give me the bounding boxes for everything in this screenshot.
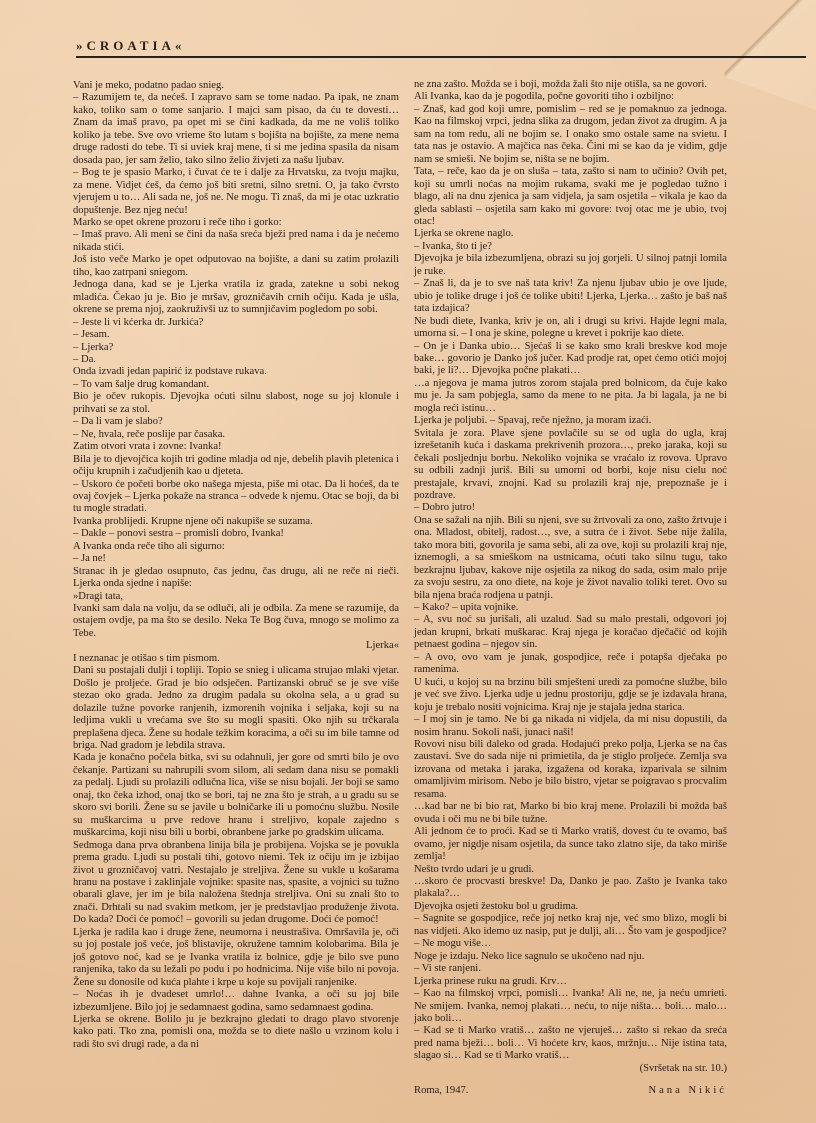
paragraph: …kad bar ne bi bio rat, Marko bi bio kra… xyxy=(414,801,727,826)
paragraph: Ona se sažali na njih. Bili su njeni, sv… xyxy=(414,515,727,602)
paragraph: Bila je to djevojčica kojih tri godine m… xyxy=(73,454,399,479)
paragraph: Ivanka problijedi. Krupne njene oči naku… xyxy=(73,516,399,528)
paragraph: – Da. xyxy=(73,354,399,366)
paragraph: I neznanac je otišao s tim pismom. xyxy=(73,653,399,665)
paragraph: Rovovi nisu bili daleko od grada. Hodaju… xyxy=(414,739,727,801)
paragraph: Ali Ivanka, kao da je pogodila, počne go… xyxy=(414,91,727,103)
place-date: Roma, 1947. xyxy=(414,1085,468,1097)
paragraph: …skoro će procvasti breskve! Da, Danko j… xyxy=(414,876,727,901)
paragraph: Bio je očev rukopis. Djevojka oćuti siln… xyxy=(73,391,399,416)
author-name: Nana Nikić xyxy=(648,1085,727,1097)
paragraph: Sedmoga dana prva obranbena linija bila … xyxy=(73,840,399,927)
paragraph: – Vi ste ranjeni. xyxy=(414,963,727,975)
left-column: Vani je meko, podatno padao snieg.– Razu… xyxy=(73,80,399,1051)
paragraph: – Ja ne! xyxy=(73,553,399,565)
continuation-note: (Svršetak na str. 10.) xyxy=(414,1063,727,1075)
paragraph: U kući, u kojoj su na brzinu bili smješt… xyxy=(414,677,727,714)
paragraph: – I moj sin je tamo. Ne bi ga nikada ni … xyxy=(414,714,727,739)
paragraph: – Kao na filmskoj vrpci, pomisli… Ivanka… xyxy=(414,988,727,1025)
paragraph: Ljerka prinese ruku na grudi. Krv… xyxy=(414,976,727,988)
paragraph: – Da li vam je slabo? xyxy=(73,416,399,428)
paragraph: Svitala je zora. Plave sjene povlačile s… xyxy=(414,428,727,503)
paragraph: Još isto veče Marko je opet odputovao na… xyxy=(73,254,399,279)
paragraph: Stranac ih je gledao osupnuto, čas jednu… xyxy=(73,566,399,591)
byline-row: Roma, 1947. Nana Nikić xyxy=(414,1085,727,1097)
left-paragraphs-after: I neznanac je otišao s tim pismom.Dani s… xyxy=(73,653,399,1052)
paragraph: – Sagnite se gospodjice, reče joj netko … xyxy=(414,913,727,938)
paragraph: – A, svu noć su jurišali, ali uzalud. Sa… xyxy=(414,614,727,651)
paragraph: – Noćas ih je dvadeset umrlo!… dahne Iva… xyxy=(73,989,399,1014)
header-rule xyxy=(76,56,806,58)
paragraph: Ne budi diete, Ivanka, kriv je on, ali i… xyxy=(414,316,727,341)
paragraph: Tata, – reče, kao da je on sluša – tata,… xyxy=(414,166,727,228)
paragraph: Onda izvadi jedan papirić iz podstave ru… xyxy=(73,366,399,378)
paragraph: – Dobro jutro! xyxy=(414,502,727,514)
letter-signature: Ljerka« xyxy=(73,640,399,652)
paragraph: Marko se opet okrene prozoru i reče tiho… xyxy=(73,217,399,229)
paragraph: – Ljerka? xyxy=(73,342,399,354)
paragraph: – Ne, hvala, reče poslije par časaka. xyxy=(73,429,399,441)
paragraph: – Znaš, kad god koji umre, pomislim – re… xyxy=(414,104,727,166)
paragraph: – Jesam. xyxy=(73,329,399,341)
paragraph: – Ne mogu više… xyxy=(414,938,727,950)
paragraph: Ivanki sam dala na volju, da se odluči, … xyxy=(73,603,399,640)
paragraph: Noge je izdaju. Neko lice sagnulo se uko… xyxy=(414,951,727,963)
paragraph: Ljerka se okrene. Bolilo ju je bezkrajno… xyxy=(73,1014,399,1051)
paragraph: – Jeste li vi kćerka dr. Jurkića? xyxy=(73,317,399,329)
paragraph: Zatim otvori vrata i zovne: Ivanka! xyxy=(73,441,399,453)
paragraph: Vani je meko, podatno padao snieg. xyxy=(73,80,399,92)
paragraph: – Imaš pravo. Ali meni se čini da naša s… xyxy=(73,229,399,254)
paragraph: »Dragi tata, xyxy=(73,591,399,603)
paragraph: Ali jednom će to proći. Kad se ti Marko … xyxy=(414,826,727,863)
paragraph: Djevojka osjeti žestoku bol u grudima. xyxy=(414,901,727,913)
paragraph: Ljerka se okrene naglo. xyxy=(414,228,727,240)
right-column: ne zna zašto. Možda se i boji, možda žal… xyxy=(414,79,727,1098)
paragraph: Jednoga dana, kad se je Ljerka vratila i… xyxy=(73,279,399,316)
paragraph: ne zna zašto. Možda se i boji, možda žal… xyxy=(414,79,727,91)
paragraph: – Kad se ti Marko vratiš… zašto ne vjeru… xyxy=(414,1025,727,1062)
left-paragraphs: Vani je meko, podatno padao snieg.– Razu… xyxy=(73,80,399,640)
paragraph: – Ivanka, što ti je? xyxy=(414,241,727,253)
paragraph: Nešto tvrdo udari je u grudi. xyxy=(414,864,727,876)
paragraph: Ljerka je poljubi. – Spavaj, reče nježno… xyxy=(414,415,727,427)
paragraph: – Znaš li, da je to sve naš tata kriv! Z… xyxy=(414,278,727,315)
paragraph: Dani su postajali dulji i topliji. Topio… xyxy=(73,665,399,752)
paragraph: Kada je konačno počela bitka, svi su oda… xyxy=(73,752,399,839)
paragraph: – Bog te je spasio Marko, i čuvat će te … xyxy=(73,167,399,217)
right-paragraphs: ne zna zašto. Možda se i boji, možda žal… xyxy=(414,79,727,1063)
paragraph: …a njegova je mama jutros zorom stajala … xyxy=(414,378,727,415)
paragraph: – Razumijem te, da nećeš. I zapravo sam … xyxy=(73,92,399,167)
paragraph: – Kako? – upita vojnike. xyxy=(414,602,727,614)
paragraph: – A ovo, ovo vam je junak, gospodjice, r… xyxy=(414,652,727,677)
paragraph: – To vam šalje drug komandant. xyxy=(73,379,399,391)
paragraph: A Ivanka onda reče tiho ali sigurno: xyxy=(73,541,399,553)
paragraph: Djevojka je bila izbezumljena, obrazi su… xyxy=(414,253,727,278)
paragraph: Ljerka je radila kao i druge žene, neumo… xyxy=(73,927,399,989)
paragraph: – Uskoro će početi borbe oko našega mjes… xyxy=(73,479,399,516)
magazine-header: »CROATIA« xyxy=(76,38,185,54)
paragraph: – Dakle – ponovi sestra – promisli dobro… xyxy=(73,528,399,540)
paragraph: – On je i Danka ubio… Sjećaš li se kako … xyxy=(414,341,727,378)
